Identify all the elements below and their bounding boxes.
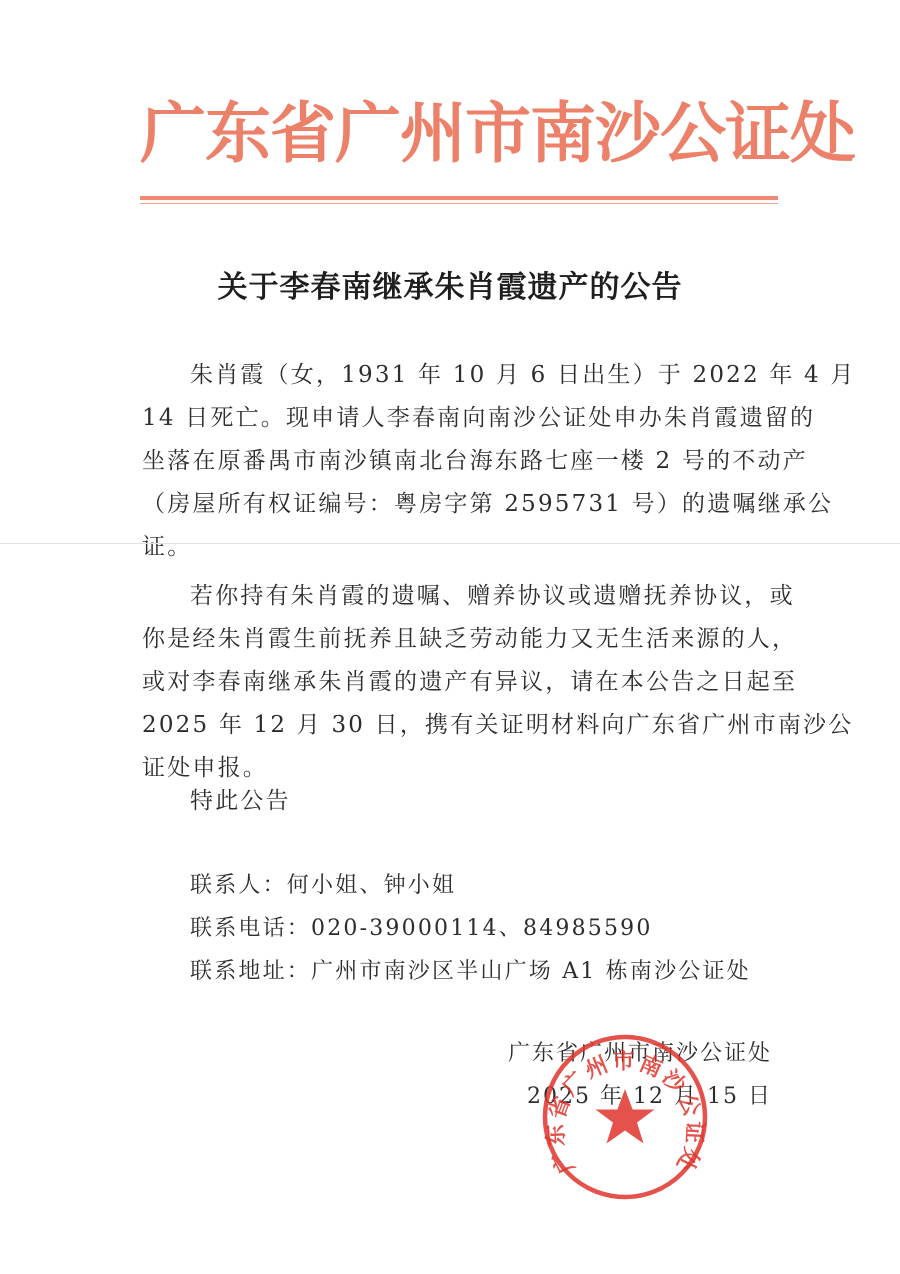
- issuer-name: 广东省广州市南沙公证处: [508, 1034, 772, 1074]
- notice-title: 关于李春南继承朱肖霞遗产的公告: [0, 264, 900, 312]
- paragraph-line: 证。: [142, 527, 782, 567]
- paragraph-line: 朱肖霞（女，1931 年 10 月 6 日出生）于 2022 年 4 月: [190, 355, 830, 395]
- closing-statement: 特此公告: [190, 781, 830, 821]
- paragraph-line: 或对李春南继承朱肖霞的遗产有异议，请在本公告之日起至: [142, 662, 782, 702]
- paragraph-line: 你是经朱肖霞生前抚养且缺乏劳动能力又无生活来源的人，: [142, 619, 782, 659]
- contact-person: 联系人：何小姐、钟小姐: [190, 866, 830, 906]
- contact-phone: 联系电话：020-39000114、84985590: [190, 909, 830, 949]
- letterhead-divider-thin: [140, 203, 778, 204]
- paragraph-line: 坐落在原番禺市南沙镇南北台海东路七座一楼 2 号的不动产: [142, 441, 782, 481]
- paragraph-line: 2025 年 12 月 30 日，携有关证明材料向广东省广州市南沙公: [142, 705, 782, 745]
- paragraph-line: 14 日死亡。现申请人李春南向南沙公证处申办朱肖霞遗留的: [142, 398, 782, 438]
- letterhead-divider-thick: [140, 196, 778, 200]
- letterhead-org-name: 广东省广州市南沙公证处: [140, 88, 780, 178]
- contact-address: 联系地址：广州市南沙区半山广场 A1 栋南沙公证处: [190, 952, 830, 992]
- paragraph-line: （房屋所有权证编号：粤房字第 2595731 号）的遗嘱继承公: [142, 484, 782, 524]
- issue-date: 2025 年 12 月 15 日: [527, 1077, 772, 1117]
- scan-fold-line: [0, 543, 900, 544]
- paragraph-line: 若你持有朱肖霞的遗嘱、赠养协议或遗赠抚养协议，或: [190, 576, 830, 616]
